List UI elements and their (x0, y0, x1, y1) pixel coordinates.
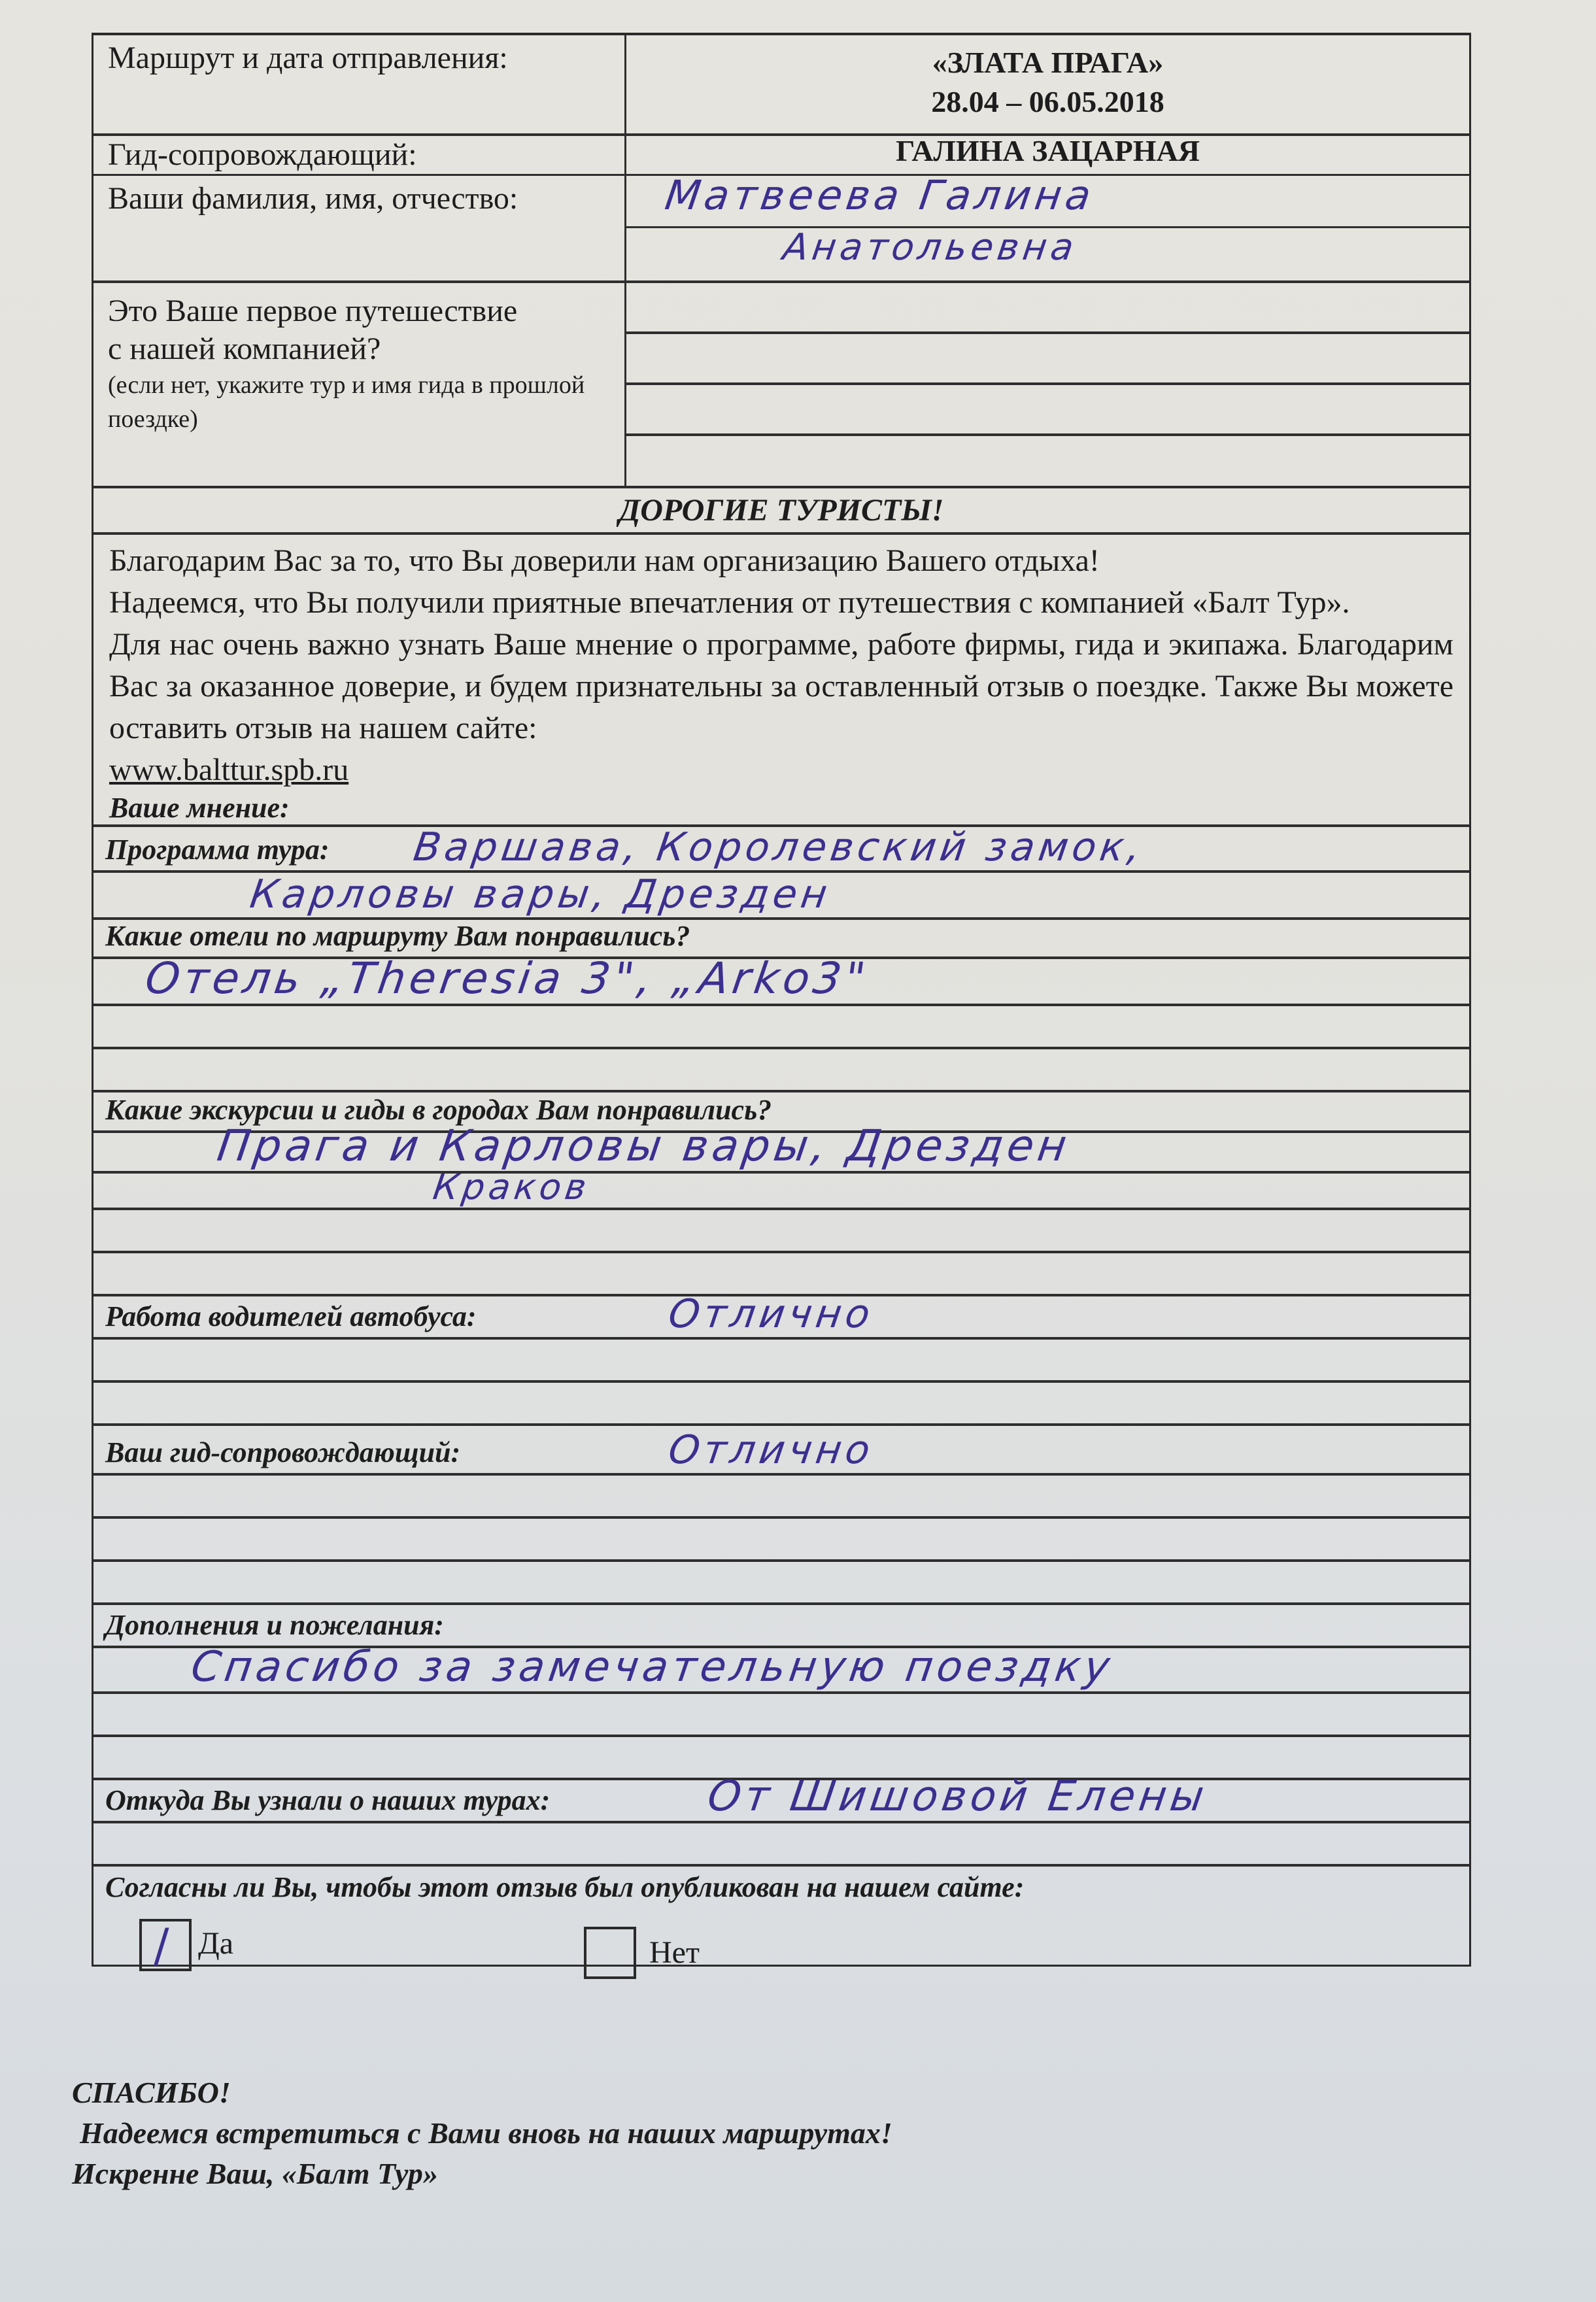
feedback-form-sheet: Маршрут и дата отправления: «ЗЛАТА ПРАГА… (92, 33, 1471, 1967)
wishes-row: Дополнения и пожелания: (93, 1605, 1469, 1648)
hotels-answer-row: Отель „Theresia 3", „Arko3" (93, 959, 1469, 1006)
route-dates: 28.04 – 06.05.2018 (626, 82, 1469, 122)
intro-p1: Благодарим Вас за то, что Вы доверили на… (109, 540, 1453, 582)
program-row: Программа тура: Варшава, Королевский зам… (93, 827, 1469, 873)
intro-title: ДОРОГИЕ ТУРИСТЫ! (93, 488, 1469, 535)
guide-rating-row: Ваш гид-сопровождающий: Отлично (93, 1426, 1469, 1476)
opinion-section: Программа тура: Варшава, Королевский зам… (93, 824, 1469, 1965)
drivers-label: Работа водителей автобуса: (105, 1300, 477, 1333)
excursions-answer-row: Прага и Карловы вары, Дрезден (93, 1133, 1469, 1174)
drivers-answer[interactable]: Отлично (666, 1291, 877, 1337)
source-row: Откуда Вы узнали о наших турах: От Шишов… (93, 1780, 1469, 1823)
source-answer[interactable]: От Шишовой Елены (705, 1772, 1211, 1821)
feedback-form: Маршрут и дата отправления: «ЗЛАТА ПРАГА… (92, 33, 1471, 1967)
route-value: «ЗЛАТА ПРАГА» (626, 43, 1469, 82)
guide-rating-label: Ваш гид-сопровождающий: (105, 1436, 460, 1469)
route-label: Маршрут и дата отправления: (93, 35, 626, 133)
guide-value: ГАЛИНА ЗАЦАРНАЯ (626, 136, 1469, 174)
name-row: Ваши фамилия, имя, отчество: Матвеева Га… (93, 176, 1469, 283)
footer: СПАСИБО! Надеемся встретиться с Вами вно… (72, 2073, 892, 2194)
guide-rating-answer[interactable]: Отлично (666, 1427, 877, 1473)
hotels-label: Какие отели по маршруту Вам понравились? (105, 919, 690, 953)
first-trip-hint: (если нет, укажите тур и имя гида в прош… (108, 368, 610, 436)
opinion-heading: Ваше мнение: (93, 791, 1469, 824)
footer-signature: Искренне Ваш, «Балт Тур» (72, 2154, 892, 2194)
consent-no-label: Нет (649, 1935, 700, 1971)
program-row-2: Карловы вары, Дрезден (93, 873, 1469, 920)
guide-label: Гид-сопровождающий: (93, 136, 626, 174)
consent-yes-checkbox[interactable]: / (139, 1919, 192, 1971)
first-trip-row: Это Ваше первое путешествие с нашей комп… (93, 283, 1469, 488)
route-row: Маршрут и дата отправления: «ЗЛАТА ПРАГА… (93, 35, 1469, 136)
first-trip-label-1: Это Ваше первое путешествие (108, 292, 610, 330)
footer-thanks: СПАСИБО! (72, 2073, 892, 2113)
wishes-label: Дополнения и пожелания: (105, 1608, 444, 1642)
hotels-answer[interactable]: Отель „Theresia 3", „Arko3" (143, 953, 872, 1004)
drivers-row: Работа водителей автобуса: Отлично (93, 1296, 1469, 1340)
source-label: Откуда Вы узнали о наших турах: (105, 1784, 550, 1817)
program-label: Программа тура: (105, 833, 329, 866)
program-answer-2[interactable]: Карловы вары, Дрезден (247, 872, 834, 917)
wishes-answer-row: Спасибо за замечательную поездку (93, 1648, 1469, 1694)
first-trip-input[interactable] (626, 283, 1469, 486)
consent-question: Согласны ли Вы, чтобы этот отзыв был опу… (105, 1870, 1024, 1904)
consent-row: Согласны ли Вы, чтобы этот отзыв был опу… (93, 1867, 1469, 1965)
intro-p2: Надеемся, что Вы получили приятные впеча… (109, 582, 1453, 624)
name-label: Ваши фамилия, имя, отчество: (93, 176, 626, 280)
intro-text: Благодарим Вас за то, что Вы доверили на… (93, 535, 1469, 791)
consent-no-checkbox[interactable] (584, 1927, 636, 1979)
guide-row: Гид-сопровождающий: ГАЛИНА ЗАЦАРНАЯ (93, 136, 1469, 176)
intro-p3: Для нас очень важно узнать Ваше мнение о… (109, 627, 1453, 745)
wishes-answer[interactable]: Спасибо за замечательную поездку (188, 1643, 1117, 1691)
name-input-line2[interactable]: Анатольевна (781, 228, 1080, 267)
first-trip-label-2: с нашей компанией? (108, 330, 610, 368)
website-link[interactable]: www.balttur.spb.ru (109, 753, 348, 787)
program-answer-1[interactable]: Варшава, Королевский замок, (411, 824, 1147, 870)
excursions-answer-1[interactable]: Прага и Карловы вары, Дрезден (214, 1121, 1074, 1171)
excursions-answer-2[interactable]: Краков (431, 1166, 593, 1208)
name-input-line1[interactable]: Матвеева Галина (663, 176, 1097, 215)
check-mark-icon: / (154, 1919, 169, 1972)
consent-yes-label: Да (198, 1925, 233, 1961)
footer-line2: Надеемся встретиться с Вами вновь на наш… (72, 2113, 892, 2154)
